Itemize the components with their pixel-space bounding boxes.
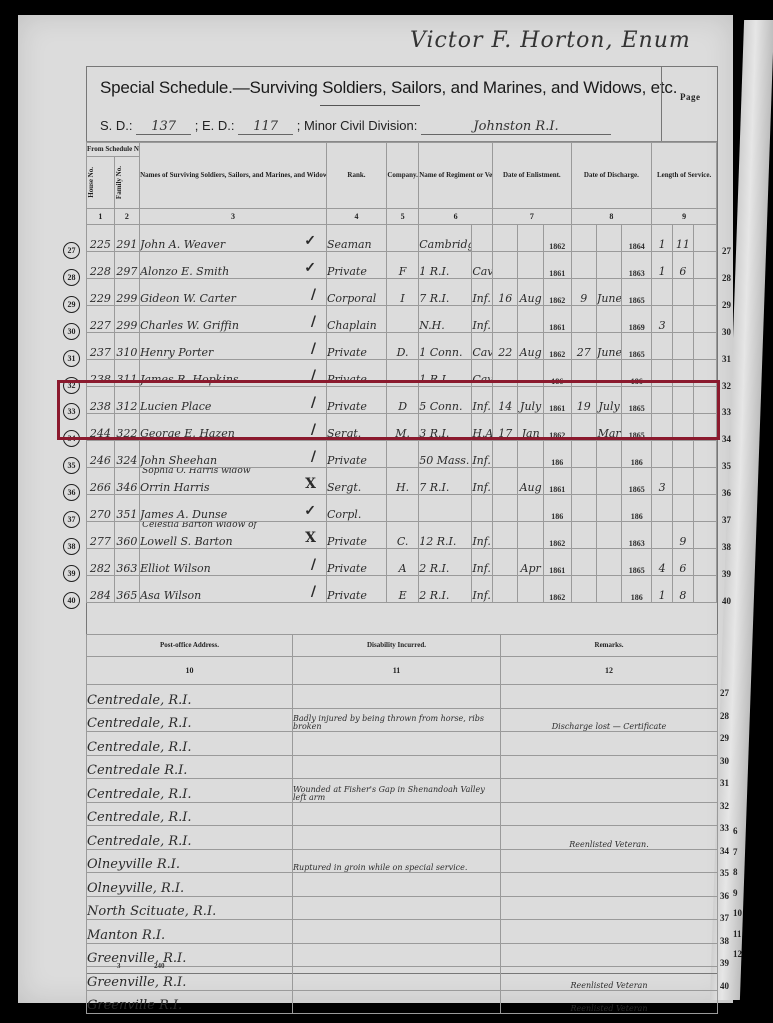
discharge-month-cell (596, 468, 621, 495)
address-row: Olneyville R.I.Ruptured in groin while o… (87, 849, 718, 873)
regiment-cell: N.H. (419, 306, 472, 333)
discharge-day-cell (571, 306, 596, 333)
ed-value: 117 (238, 119, 293, 135)
discharge-month-cell (596, 252, 621, 279)
company-cell (386, 225, 418, 252)
years-cell (652, 495, 673, 522)
back-page-line-number: 10 (733, 908, 742, 918)
years-cell (652, 414, 673, 441)
soldier-name: Lucien Place (140, 400, 211, 413)
discharge-day-cell (571, 522, 596, 549)
house-no-cell: 246 (87, 441, 115, 468)
address-row: Manton R.I. (87, 920, 718, 944)
company-cell: M. (386, 414, 418, 441)
enlist-month-cell: July (518, 387, 543, 414)
regiment-type-cell: Cav. (472, 333, 493, 360)
months-cell: 11 (673, 225, 694, 252)
remarks-cell (501, 755, 718, 779)
discharge-year-cell: 1864 (622, 225, 652, 252)
discharge-day-cell (571, 576, 596, 603)
header-family-no: Family No. (115, 166, 123, 199)
table-row: 228297Alonzo E. Smith✓PrivateF1 R.I.Cav.… (87, 252, 717, 279)
lower-line-number: 40 (720, 981, 729, 991)
table-row: 244322George E. Hazen/Sergt.M.3 R.I.H.A.… (87, 414, 717, 441)
header-names: Names of Surviving Soldiers, Sailors, an… (140, 143, 327, 209)
address-row: Centredale, R.I. (87, 732, 718, 756)
family-no-cell: 322 (114, 414, 139, 441)
enlist-day-cell (493, 441, 518, 468)
regiment-type-cell: Inf. (472, 306, 493, 333)
colnum-10: 10 (87, 657, 293, 685)
days-cell (693, 279, 716, 306)
post-office-cell: Centredale, R.I. (87, 779, 293, 803)
disability-cell (293, 826, 501, 850)
enlist-month-cell (518, 495, 543, 522)
right-line-number: 39 (722, 569, 731, 579)
header-length: Length of Service. (652, 143, 717, 209)
discharge-day-cell: 27 (571, 333, 596, 360)
remarks-cell (501, 873, 718, 897)
right-line-number: 40 (722, 596, 731, 606)
colnum-3: 3 (140, 209, 327, 225)
post-office-cell: Centredale, R.I. (87, 802, 293, 826)
address-row: Greenville, R.I.Reenlisted Veteran (87, 967, 718, 991)
page-title: Special Schedule.—Surviving Soldiers, Sa… (100, 78, 677, 98)
discharge-day-cell (571, 441, 596, 468)
check-mark: / (311, 368, 316, 384)
post-office-cell: Centredale, R.I. (87, 826, 293, 850)
lower-line-number: 33 (720, 823, 729, 833)
check-mark: ✓ (304, 503, 316, 519)
post-office-cell: Centredale R.I. (87, 755, 293, 779)
lower-line-number: 39 (720, 958, 729, 968)
disability-cell: Badly injured by being thrown from horse… (293, 708, 501, 732)
post-office-cell: Centredale, R.I. (87, 685, 293, 709)
regiment-type-cell (472, 225, 493, 252)
ed-label: ; E. D.: (195, 118, 235, 133)
right-line-number: 33 (722, 407, 731, 417)
name-cell: Elliot Wilson/ (140, 549, 327, 576)
header-regiment: Name of Regiment or Vessel. (419, 143, 493, 209)
regiment-type-cell: H.A. (472, 414, 493, 441)
days-cell (693, 495, 716, 522)
rank-cell: Private (326, 441, 386, 468)
family-no-cell: 310 (114, 333, 139, 360)
post-office-cell: Olneyville R.I. (87, 849, 293, 873)
colnum-5: 5 (386, 209, 418, 225)
house-no-cell: 277 (87, 522, 115, 549)
house-no-cell: 244 (87, 414, 115, 441)
back-page-line-number: 9 (733, 888, 738, 898)
regiment-cell (419, 495, 472, 522)
header-house-no: House No. (87, 167, 95, 198)
enlist-year-cell: 186 (543, 441, 571, 468)
rank-cell: Private (326, 252, 386, 279)
table-row: 227299Charles W. Griffin/ChaplainN.H.Inf… (87, 306, 717, 333)
colnum-9: 9 (652, 209, 717, 225)
company-cell: E (386, 576, 418, 603)
sd-label: S. D.: (100, 118, 133, 133)
check-mark: ✓ (304, 260, 316, 276)
table-row: 270351James A. Dunse✓Corpl.186186 (87, 495, 717, 522)
enlist-day-cell: 16 (493, 279, 518, 306)
months-cell: 6 (673, 252, 694, 279)
enlist-month-cell (518, 306, 543, 333)
discharge-day-cell (571, 468, 596, 495)
name-cell: Orrin HarrisXSophia O. Harris widow (140, 468, 327, 495)
discharge-month-cell: July (596, 387, 621, 414)
regiment-cell: 1 Conn. (419, 333, 472, 360)
enlist-month-cell: Aug (518, 279, 543, 306)
days-cell (693, 576, 716, 603)
right-line-number: 27 (722, 246, 731, 256)
enlist-month-cell (518, 441, 543, 468)
address-row: Olneyville, R.I. (87, 873, 718, 897)
enlist-year-cell: 1861 (543, 387, 571, 414)
months-cell: 8 (673, 576, 694, 603)
colnum-2: 2 (114, 209, 139, 225)
post-office-cell: Greenville, R.I. (87, 967, 293, 991)
days-cell (693, 549, 716, 576)
name-cell: Henry Porter/ (140, 333, 327, 360)
lower-line-number: 31 (720, 778, 729, 788)
company-cell (386, 495, 418, 522)
company-cell (386, 441, 418, 468)
enlist-month-cell: Apr (518, 549, 543, 576)
discharge-year-cell: 1865 (622, 387, 652, 414)
enlist-year-cell: 1862 (543, 333, 571, 360)
soldier-name: Lowell S. Barton (140, 535, 233, 548)
table-row: 229299Gideon W. Carter/CorporalI7 R.I.In… (87, 279, 717, 306)
header-disability: Disability Incurred. (293, 635, 501, 657)
soldier-name: Alonzo E. Smith (140, 265, 229, 278)
discharge-year-cell: 1865 (622, 333, 652, 360)
months-cell (673, 333, 694, 360)
colnum-12: 12 (501, 657, 718, 685)
discharge-day-cell (571, 225, 596, 252)
family-no-cell: 360 (114, 522, 139, 549)
years-cell (652, 387, 673, 414)
name-cell: Charles W. Griffin/ (140, 306, 327, 333)
check-mark: / (311, 584, 316, 600)
check-mark: / (311, 449, 316, 465)
address-row: Centredale, R.I.Reenlisted Veteran. (87, 826, 718, 850)
footer-right-number: 240 (154, 962, 165, 970)
remarks-cell (501, 896, 718, 920)
enlist-day-cell (493, 252, 518, 279)
right-line-number: 34 (722, 434, 731, 444)
house-no-cell: 237 (87, 333, 115, 360)
enlist-day-cell (493, 522, 518, 549)
post-office-cell: Manton R.I. (87, 920, 293, 944)
discharge-day-cell (571, 360, 596, 387)
family-no-cell: 351 (114, 495, 139, 522)
company-cell: H. (386, 468, 418, 495)
discharge-year-cell: 1865 (622, 468, 652, 495)
disability-cell (293, 685, 501, 709)
right-line-number: 31 (722, 354, 731, 364)
check-mark: ✓ (304, 233, 316, 249)
enlist-day-cell (493, 549, 518, 576)
name-cell: Alonzo E. Smith✓ (140, 252, 327, 279)
name-cell: Lowell S. BartonXCelestia Barton widow o… (140, 522, 327, 549)
rank-cell: Private (326, 387, 386, 414)
page-label: Page (680, 92, 701, 102)
address-row: Greenville R.I.Reenlisted Veteran (87, 990, 718, 1014)
remarks-cell: Reenlisted Veteran. (501, 826, 718, 850)
mcd-value: Johnston R.I. (421, 119, 611, 135)
years-cell: 1 (652, 225, 673, 252)
check-mark: / (311, 422, 316, 438)
circled-line-number: 29 (63, 296, 80, 313)
enlist-year-cell: 1862 (543, 225, 571, 252)
months-cell (673, 279, 694, 306)
disability-cell: Wounded at Fisher's Gap in Shenandoah Va… (293, 779, 501, 803)
address-row: Centredale, R.I. (87, 685, 718, 709)
rank-cell: Corporal (326, 279, 386, 306)
discharge-year-cell: 1863 (622, 252, 652, 279)
house-no-cell: 228 (87, 252, 115, 279)
discharge-year-cell: 186 (622, 495, 652, 522)
colnum-4: 4 (326, 209, 386, 225)
days-cell (693, 468, 716, 495)
check-mark: / (311, 395, 316, 411)
check-mark: / (311, 287, 316, 303)
enlist-day-cell: 22 (493, 333, 518, 360)
sd-value: 137 (136, 119, 191, 135)
rank-cell: Chaplain (326, 306, 386, 333)
lower-line-number: 36 (720, 891, 729, 901)
days-cell (693, 414, 716, 441)
right-line-number: 36 (722, 488, 731, 498)
enlist-year-cell: 1861 (543, 306, 571, 333)
enlist-year-cell: 1861 (543, 468, 571, 495)
lower-line-number: 28 (720, 711, 729, 721)
post-office-cell: Centredale, R.I. (87, 708, 293, 732)
enlist-day-cell (493, 495, 518, 522)
lower-line-number: 37 (720, 913, 729, 923)
house-no-cell: 282 (87, 549, 115, 576)
enlist-month-cell: Jan (518, 414, 543, 441)
years-cell (652, 441, 673, 468)
header-rank: Rank. (326, 143, 386, 209)
years-cell: 3 (652, 306, 673, 333)
remarks-cell: Discharge lost — Certificate (501, 708, 718, 732)
family-no-cell: 311 (114, 360, 139, 387)
soldier-name: James A. Dunse (140, 508, 227, 521)
regiment-cell: 1 R.I. (419, 252, 472, 279)
disability-cell (293, 990, 501, 1014)
right-line-number: 32 (722, 381, 731, 391)
header-discharge: Date of Discharge. (571, 143, 652, 209)
footer-left-number: 3 (117, 962, 121, 970)
rank-cell: Seaman (326, 225, 386, 252)
years-cell: 4 (652, 549, 673, 576)
discharge-year-cell: 1869 (622, 306, 652, 333)
discharge-month-cell (596, 225, 621, 252)
regiment-cell: 1 R.I. (419, 360, 472, 387)
regiment-type-cell: Inf. (472, 522, 493, 549)
regiment-cell: 2 R.I. (419, 576, 472, 603)
page-box (661, 66, 717, 141)
rank-cell: Sergt. (326, 468, 386, 495)
mcd-label: ; Minor Civil Division: (297, 118, 418, 133)
lower-line-number: 30 (720, 756, 729, 766)
check-mark: X (305, 530, 316, 546)
regiment-type-cell: Inf. (472, 549, 493, 576)
enlist-day-cell: 17 (493, 414, 518, 441)
rank-cell: Private (326, 522, 386, 549)
enlist-day-cell (493, 468, 518, 495)
discharge-month-cell: Mar (596, 414, 621, 441)
months-cell (673, 360, 694, 387)
remarks-cell: Reenlisted Veteran (501, 990, 718, 1014)
discharge-day-cell: 9 (571, 279, 596, 306)
rank-cell: Private (326, 576, 386, 603)
table-row: 284365Asa Wilson/PrivateE2 R.I.Inf.18621… (87, 576, 717, 603)
regiment-type-cell: Inf. (472, 468, 493, 495)
enlist-day-cell (493, 306, 518, 333)
table-row: 266346Orrin HarrisXSophia O. Harris wido… (87, 468, 717, 495)
discharge-year-cell: 186 (622, 441, 652, 468)
regiment-cell: 7 R.I. (419, 279, 472, 306)
family-no-cell: 346 (114, 468, 139, 495)
right-line-number: 35 (722, 461, 731, 471)
district-line: S. D.: 137 ; E. D.: 117 ; Minor Civil Di… (100, 118, 611, 135)
enlist-month-cell (518, 360, 543, 387)
family-no-cell: 299 (114, 306, 139, 333)
back-page-line-number: 7 (733, 847, 738, 857)
regiment-cell: 12 R.I. (419, 522, 472, 549)
rank-cell: Private (326, 549, 386, 576)
enlist-day-cell: 14 (493, 387, 518, 414)
soldier-name: Gideon W. Carter (140, 292, 236, 305)
years-cell (652, 279, 673, 306)
days-cell (693, 252, 716, 279)
widow-note: Sophia O. Harris widow (142, 468, 250, 477)
discharge-day-cell (571, 495, 596, 522)
table-row: 277360Lowell S. BartonXCelestia Barton w… (87, 522, 717, 549)
lower-line-number: 38 (720, 936, 729, 946)
circled-line-number: 28 (63, 269, 80, 286)
soldier-name: Elliot Wilson (140, 562, 211, 575)
discharge-month-cell (596, 306, 621, 333)
enlist-year-cell: 1861 (543, 549, 571, 576)
discharge-year-cell: 186 (622, 576, 652, 603)
company-cell (386, 306, 418, 333)
enlist-month-cell: Aug (518, 468, 543, 495)
name-cell: Lucien Place/ (140, 387, 327, 414)
colnum-7: 7 (493, 209, 571, 225)
years-cell (652, 522, 673, 549)
regiment-cell: Cambridge Jacob H. (419, 225, 472, 252)
name-cell: James R. Hopkins/ (140, 360, 327, 387)
table-row: 282363Elliot Wilson/PrivateA2 R.I.Inf.Ap… (87, 549, 717, 576)
house-no-cell: 227 (87, 306, 115, 333)
right-line-number: 28 (722, 273, 731, 283)
widow-note: Celestia Barton widow of (142, 522, 257, 531)
years-cell: 1 (652, 252, 673, 279)
table-row: 225291John A. Weaver✓SeamanCambridge Jac… (87, 225, 717, 252)
days-cell (693, 360, 716, 387)
months-cell (673, 414, 694, 441)
regiment-type-cell: Cav. (472, 252, 493, 279)
address-row: Centredale, R.I. (87, 802, 718, 826)
address-row: Greenville, R.I. (87, 943, 718, 967)
enlist-year-cell: 1861 (543, 252, 571, 279)
discharge-month-cell (596, 576, 621, 603)
soldier-name: John A. Weaver (140, 238, 225, 251)
name-cell: John A. Weaver✓ (140, 225, 327, 252)
company-cell (386, 360, 418, 387)
lower-line-number: 27 (720, 688, 729, 698)
family-no-cell: 291 (114, 225, 139, 252)
discharge-year-cell: 1863 (622, 522, 652, 549)
address-row: Centredale, R.I.Wounded at Fisher's Gap … (87, 779, 718, 803)
months-cell (673, 468, 694, 495)
days-cell (693, 441, 716, 468)
discharge-year-cell: 186 (622, 360, 652, 387)
enlist-day-cell (493, 225, 518, 252)
header-company: Company. (386, 143, 418, 209)
soldier-name: Asa Wilson (140, 589, 201, 602)
company-cell: D (386, 387, 418, 414)
discharge-year-cell: 1865 (622, 279, 652, 306)
check-mark: X (305, 476, 316, 492)
soldier-name: John Sheehan (140, 454, 217, 467)
disability-cell (293, 896, 501, 920)
discharge-month-cell: June (596, 279, 621, 306)
regiment-cell: 3 R.I. (419, 414, 472, 441)
circled-line-number: 27 (63, 242, 80, 259)
enlist-year-cell: 1862 (543, 279, 571, 306)
house-no-cell: 238 (87, 360, 115, 387)
circled-line-number: 36 (63, 484, 80, 501)
post-office-cell: Centredale, R.I. (87, 732, 293, 756)
enlist-year-cell: 1862 (543, 414, 571, 441)
regiment-type-cell: Inf. (472, 441, 493, 468)
remarks-cell: Reenlisted Veteran (501, 967, 718, 991)
years-cell: 3 (652, 468, 673, 495)
rank-cell: Private (326, 360, 386, 387)
circled-line-number: 38 (63, 538, 80, 555)
enlist-month-cell (518, 522, 543, 549)
soldier-name: George E. Hazen (140, 427, 235, 440)
regiment-cell: 7 R.I. (419, 468, 472, 495)
header-remarks: Remarks. (501, 635, 718, 657)
colnum-6: 6 (419, 209, 493, 225)
lower-line-number: 34 (720, 846, 729, 856)
company-cell: C. (386, 522, 418, 549)
regiment-type-cell: Inf. (472, 279, 493, 306)
back-page-line-number: 6 (733, 826, 738, 836)
regiment-type-cell (472, 495, 493, 522)
years-cell (652, 333, 673, 360)
address-row: Centredale, R.I.Badly injured by being t… (87, 708, 718, 732)
regiment-type-cell: Inf. (472, 387, 493, 414)
discharge-month-cell: June (596, 333, 621, 360)
soldier-name: Charles W. Griffin (140, 319, 239, 332)
circled-line-number: 39 (63, 565, 80, 582)
years-cell (652, 360, 673, 387)
company-cell: F (386, 252, 418, 279)
right-line-number: 29 (722, 300, 731, 310)
house-no-cell: 270 (87, 495, 115, 522)
remarks-cell (501, 779, 718, 803)
discharge-month-cell (596, 495, 621, 522)
discharge-day-cell: 19 (571, 387, 596, 414)
rank-cell: Sergt. (326, 414, 386, 441)
